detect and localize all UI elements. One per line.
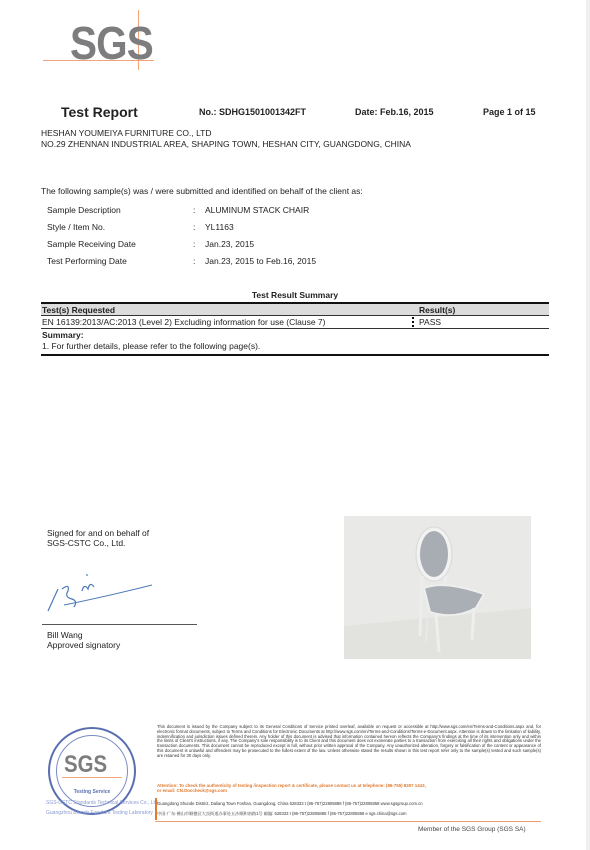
field-colon: : bbox=[193, 222, 195, 232]
table-header: Test(s) Requested Result(s) bbox=[41, 304, 549, 315]
handwritten-signature bbox=[44, 567, 159, 617]
client-block: HESHAN YOUMEIYA FURNITURE CO., LTD NO.29… bbox=[41, 128, 411, 150]
footer-rule bbox=[155, 821, 541, 822]
client-name: HESHAN YOUMEIYA FURNITURE CO., LTD bbox=[41, 128, 411, 139]
field-value: YL1163 bbox=[205, 222, 234, 232]
header-results: Result(s) bbox=[419, 305, 455, 315]
field-label: Sample Description bbox=[47, 205, 121, 215]
test-result-summary-table: Test(s) Requested Result(s) EN 16139:201… bbox=[41, 302, 549, 356]
address-chinese: 中国·广东·佛山市顺德区大良街道办事处五沙顺和南路1号 邮编: 528333 t… bbox=[157, 811, 407, 817]
sgs-membership: Member of the SGS Group (SGS SA) bbox=[418, 826, 526, 833]
authenticity-email[interactable]: or email: CN.Doccheck@sgs.com bbox=[157, 788, 426, 793]
test-result: PASS bbox=[419, 317, 441, 327]
summary-text: 1. For further details, please refer to … bbox=[42, 341, 260, 351]
report-date: Date: Feb.16, 2015 bbox=[355, 107, 434, 117]
address-english: Guangdong Shunde District, Daliang Town … bbox=[157, 801, 423, 806]
field-value: Jan.23, 2015 bbox=[205, 239, 254, 249]
stamp-guide-line bbox=[62, 777, 122, 778]
field-value: ALUMINUM STACK CHAIR bbox=[205, 205, 309, 215]
table-row: EN 16139:2013/AC:2013 (Level 2) Excludin… bbox=[41, 316, 549, 328]
signatory-name: Bill Wang bbox=[47, 630, 120, 640]
signing-company: SGS-CSTC Co., Ltd. bbox=[47, 538, 149, 548]
stamp-logo: SGS bbox=[64, 751, 107, 779]
sgs-logo: SGS bbox=[63, 16, 158, 72]
signatory-role: Approved signatory bbox=[47, 640, 120, 650]
signature-line bbox=[42, 624, 197, 625]
field-colon: : bbox=[193, 205, 195, 215]
table-rule bbox=[41, 354, 549, 356]
summary-label: Summary: bbox=[42, 330, 84, 340]
summary-block: Summary: 1. For further details, please … bbox=[41, 329, 549, 354]
sample-photo bbox=[344, 516, 531, 659]
sample-intro: The following sample(s) was / were submi… bbox=[41, 186, 363, 196]
page-indicator: Page 1 of 15 bbox=[483, 107, 536, 117]
field-label: Test Performing Date bbox=[47, 256, 127, 266]
summary-table-title: Test Result Summary bbox=[0, 290, 590, 300]
field-colon: : bbox=[193, 239, 195, 249]
signed-for-block: Signed for and on behalf of SGS-CSTC Co.… bbox=[47, 528, 149, 548]
logo-text: SGS bbox=[70, 16, 153, 70]
report-number: No.: SDHG1501001342FT bbox=[199, 107, 306, 117]
stamp-text: Testing Service bbox=[50, 789, 134, 795]
document-page: SGS Test Report No.: SDHG1501001342FT Da… bbox=[0, 0, 586, 850]
client-address: NO.29 ZHENNAN INDUSTRIAL AREA, SHAPING T… bbox=[41, 139, 411, 150]
authenticity-notice: Attention: To check the authenticity of … bbox=[157, 783, 426, 793]
field-label: Style / Item No. bbox=[47, 222, 105, 232]
test-name: EN 16139:2013/AC:2013 (Level 2) Excludin… bbox=[42, 317, 326, 327]
field-label: Sample Receiving Date bbox=[47, 239, 136, 249]
field-colon: : bbox=[193, 256, 195, 266]
signed-for-label: Signed for and on behalf of bbox=[47, 528, 149, 538]
report-title: Test Report bbox=[61, 104, 138, 120]
legal-disclaimer: This document is issued by the Company s… bbox=[157, 725, 541, 759]
field-value: Jan.23, 2015 to Feb.16, 2015 bbox=[205, 256, 316, 266]
stamp-caption: Guangzhou Branch Furniture Testing Labor… bbox=[46, 810, 153, 816]
column-separator bbox=[412, 317, 414, 327]
signatory-block: Bill Wang Approved signatory bbox=[47, 630, 120, 650]
header-tests-requested: Test(s) Requested bbox=[42, 305, 115, 315]
chair-image bbox=[344, 516, 531, 659]
stamp-caption: SGS-CSTC Standards Technical Services Co… bbox=[46, 800, 159, 806]
